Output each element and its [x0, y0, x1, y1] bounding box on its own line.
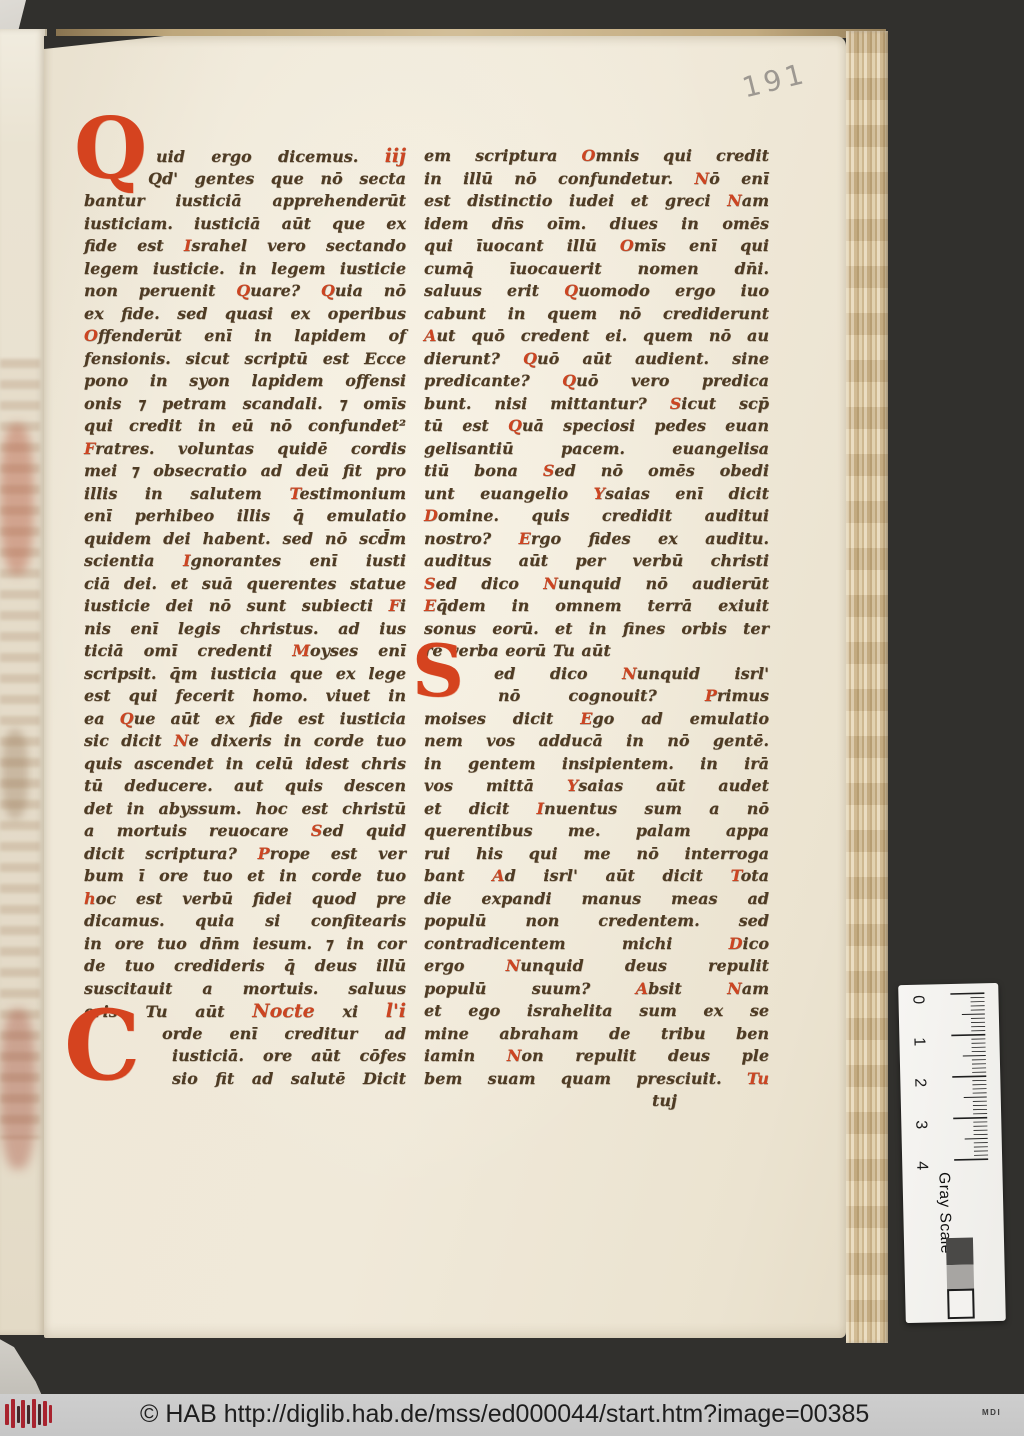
manuscript-text-line: nis enī legis christus. ad ius	[84, 618, 406, 641]
rubric-text: N	[543, 574, 558, 593]
logo-bar	[21, 1400, 25, 1428]
manuscript-text-line: det in abyssum. hoc est christū	[84, 798, 406, 821]
rubric-text: S	[424, 574, 436, 593]
manuscript-text-line: populū suum? Absit Nam	[424, 978, 769, 1001]
manuscript-text-line: fensionis. sicut scriptū est Ecce	[84, 348, 406, 371]
rubric-text: S	[670, 394, 682, 413]
manuscript-text-line: re verba eorū Tu aūt	[424, 640, 769, 663]
rubric-text: N	[622, 664, 637, 683]
manuscript-text-line: non peruenit Quare? Quia nō	[84, 280, 406, 303]
logo-bar	[11, 1399, 15, 1428]
manuscript-text-line: quidem dei habent. sed nō scd̄m	[84, 528, 406, 551]
rubric-text: Q	[321, 281, 335, 300]
manuscript-text-line: iusticie dei nō sunt subiecti Fi	[84, 595, 406, 618]
illuminated-initial: S	[412, 639, 464, 704]
rubric-text: N	[174, 731, 189, 750]
manuscript-text-line: bem suam quam presciuit. Tu	[424, 1068, 769, 1091]
manuscript-text-line: sic dicit Ne dixeris in corde tuo	[84, 730, 406, 753]
manuscript-text-line: tū est Quā speciosi pedes euan	[424, 415, 769, 438]
manuscript-text-line: auditus aūt per verbū christi	[424, 550, 769, 573]
manuscript-text-line: vos mittā Ysaias aūt audet	[424, 775, 769, 798]
showthrough-red-blob	[0, 424, 34, 574]
manuscript-text-line: in illū nō confundetur. Nō enī	[424, 168, 769, 191]
manuscript-text-line: pono in syon lapidem offensi	[84, 370, 406, 393]
manuscript-text-line: bunt. nisi mittantur? Sicut scp̄	[424, 393, 769, 416]
logo-bar	[17, 1406, 20, 1423]
manuscript-text-line: sonus eorū. et in fines orbis ter	[424, 618, 769, 641]
manuscript-left-column: uid ergo dicemus. iijQd' gentes que nō s…	[84, 145, 406, 1090]
manuscript-text-line: ticiā omī credenti Moyses enī	[84, 640, 406, 663]
rubric-text: P	[258, 844, 270, 863]
manuscript-text-line: Domine. quis credidit auditui	[424, 505, 769, 528]
manuscript-right-column: em scriptura Omnis qui creditin illū nō …	[424, 145, 769, 1113]
rubric-text: O	[84, 326, 98, 345]
manuscript-text-line: legem iusticie. in legem iusticie	[84, 258, 406, 281]
manuscript-text-line: Aut quō credent ei. quem nō au	[424, 325, 769, 348]
manuscript-text-line: quis ascendet in celū idest chris	[84, 753, 406, 776]
manuscript-scan-stage: 191 uid ergo dicemus. iijQd' gentes que …	[0, 0, 1024, 1436]
logo-bar	[49, 1405, 52, 1423]
manuscript-text-line: illis in salutem Testimonium	[84, 483, 406, 506]
rubric-text: Q	[508, 416, 522, 435]
rubric-text: Y	[567, 776, 578, 795]
rubric-text: Tu	[747, 1069, 769, 1088]
manuscript-text-line: scripsit. q̄m iusticia que ex lege	[84, 663, 406, 686]
rubric-text: Q	[523, 349, 537, 368]
manuscript-text-line: ea Que aūt ex fide est iusticia	[84, 708, 406, 731]
gray-scale-card: 01234 Gray Scale	[898, 983, 1006, 1323]
manuscript-text-line: idem dn̄s oīm. diues in omēs	[424, 213, 769, 236]
logo-bar	[27, 1405, 30, 1424]
rubric-text: F	[84, 439, 95, 458]
manuscript-text-line: tū deducere. aut quis descen	[84, 775, 406, 798]
manuscript-text-line: mine abraham de tribu ben	[424, 1023, 769, 1046]
rubric-text: A	[492, 866, 504, 885]
ruler-number: 2	[910, 1072, 928, 1094]
manuscript-text-line: dierunt? Quō aūt audient. sine	[424, 348, 769, 371]
rubric-text: E	[519, 529, 531, 548]
manuscript-text-line: contradicentem michi Dico	[424, 933, 769, 956]
manuscript-text-line: et ego israhelita sum ex se	[424, 1000, 769, 1023]
illuminated-initial: C	[64, 1003, 140, 1089]
rubric-text: A	[636, 979, 648, 998]
manuscript-text-line: gelisantiū pacem. euangelisa	[424, 438, 769, 461]
manuscript-text-line: tiū bona Sed nō omēs obedi	[424, 460, 769, 483]
ruler-number: 3	[911, 1113, 929, 1135]
manuscript-text-line: predicante? Quō vero predica	[424, 370, 769, 393]
manuscript-text-line: populū non credentem. sed	[424, 910, 769, 933]
manuscript-text-line: ciā dei. et suā querentes statue	[84, 573, 406, 596]
manuscript-text-line: scientia Ignorantes enī iusti	[84, 550, 406, 573]
logo-bar	[38, 1404, 41, 1425]
rubric-text: A	[424, 326, 436, 345]
manuscript-text-line: Sed dico Nunquid nō audierūt	[424, 573, 769, 596]
manuscript-text-line: ed dico Nunquid isrl'	[424, 663, 769, 686]
manuscript-text-line: dicamus. quia si confitearis	[84, 910, 406, 933]
manuscript-text-line: tuj	[424, 1090, 769, 1113]
ruler-numbers: 01234	[898, 983, 998, 985]
manuscript-text-line: ergo Nunquid deus repulit	[424, 955, 769, 978]
manuscript-text-line: dicit scriptura? Prope est ver	[84, 843, 406, 866]
manuscript-text-line: ex fide. sed quasi ex operibus	[84, 303, 406, 326]
rubric-text: Nocte	[252, 1000, 314, 1022]
manuscript-text-line: hoc est verbū fidei quod pre	[84, 888, 406, 911]
manuscript-text-line: in gentem insipientem. in irā	[424, 753, 769, 776]
rubric-text: F	[389, 596, 400, 615]
manuscript-text-line: cabunt in quem nō crediderunt	[424, 303, 769, 326]
library-logo-mark	[3, 1397, 53, 1433]
manuscript-text-line: a mortuis reuocare Sed quid	[84, 820, 406, 843]
ruler-ticks	[946, 991, 990, 1168]
gray-patch	[946, 1238, 974, 1266]
gray-patch	[947, 1265, 975, 1290]
rubric-text: S	[311, 821, 323, 840]
rubric-text: T	[289, 484, 299, 503]
manuscript-text-line: cumq̄ īuocauerit nomen dn̄i.	[424, 258, 769, 281]
previous-page-edge-strip	[0, 29, 47, 1335]
manuscript-text-line: Fratres. voluntas quidē cordis	[84, 438, 406, 461]
manuscript-text-line: Offenderūt enī in lapidem of	[84, 325, 406, 348]
logo-bar	[32, 1399, 36, 1428]
rubric-text: N	[694, 169, 709, 188]
rubric-text: O	[620, 236, 634, 255]
rubric-text: Y	[594, 484, 605, 503]
ruler-number: 0	[908, 989, 926, 1011]
rubric-text: T	[730, 866, 740, 885]
rubric-text: I	[537, 799, 544, 818]
rubric-text: N	[727, 191, 742, 210]
manuscript-text-line: die expandi manus meas ad	[424, 888, 769, 911]
manuscript-text-line: mei ⁊ obsecratio ad deū fit pro	[84, 460, 406, 483]
manuscript-text-line: iusticiam. iusticiā aūt que ex	[84, 213, 406, 236]
manuscript-text-line: nostro? Ergo fides ex auditu.	[424, 528, 769, 551]
manuscript-text-line: bant Ad isrl' aūt dicit Tota	[424, 865, 769, 888]
showthrough-brown-blob	[2, 729, 28, 819]
manuscript-text-line: qui īuocant illū Omīs enī qui	[424, 235, 769, 258]
ruler-number: 1	[909, 1030, 927, 1052]
manuscript-text-line: fide est Israhel vero sectando	[84, 235, 406, 258]
manuscript-text-line: em scriptura Omnis qui credit	[424, 145, 769, 168]
caption-bar: © HAB http://diglib.hab.de/mss/ed000044/…	[0, 1394, 1024, 1436]
rubric-text: M	[292, 641, 310, 660]
manuscript-text-line: bum ī ore tuo et in corde tuo	[84, 865, 406, 888]
manuscript-text-line: saluus erit Quomodo ergo iuo	[424, 280, 769, 303]
gray-patches	[946, 1238, 975, 1320]
producer-mark: MDI	[982, 1408, 1001, 1417]
rubric-text: P	[705, 686, 717, 705]
rubric-text: D	[424, 506, 438, 525]
manuscript-text-line: enī perhibeo illis q̄ emulatio	[84, 505, 406, 528]
manuscript-text-line: Eq̄dem in omnem terrā exiuit	[424, 595, 769, 618]
rubric-text: Q	[564, 281, 578, 300]
manuscript-text-line: nō cognouit? Primus	[424, 685, 769, 708]
copyright-caption: © HAB http://diglib.hab.de/mss/ed000044/…	[140, 1400, 869, 1429]
manuscript-text-line: et dicit Inuentus sum a nō	[424, 798, 769, 821]
manuscript-text-line: est distinctio iudei et greci Nam	[424, 190, 769, 213]
rubric-text: iij	[385, 145, 406, 167]
book-cover-corner-bottom-left	[0, 1330, 54, 1396]
manuscript-text-line: iamin Non repulit deus ple	[424, 1045, 769, 1068]
manuscript-text-line: rui his qui me nō interroga	[424, 843, 769, 866]
logo-bar	[43, 1401, 47, 1426]
gray-patch	[947, 1289, 975, 1320]
rubric-text: N	[506, 956, 521, 975]
manuscript-text-line: de tuo credideris q̄ deus illū	[84, 955, 406, 978]
rubric-text: l'i	[386, 1000, 406, 1022]
manuscript-text-line: est qui fecerit homo. viuet in	[84, 685, 406, 708]
rubric-text: O	[581, 146, 595, 165]
rubric-text: Q	[120, 709, 134, 728]
rubric-text: E	[424, 596, 436, 615]
manuscript-text-line: onis ⁊ petram scandali. ⁊ omīs	[84, 393, 406, 416]
rubric-text: N	[727, 979, 742, 998]
logo-bar	[5, 1404, 9, 1425]
manuscript-text-line: nem vos adducā in nō gentē.	[424, 730, 769, 753]
rubric-text: S	[543, 461, 555, 480]
rubric-text: Q	[236, 281, 250, 300]
manuscript-text-line: querentibus me. palam appa	[424, 820, 769, 843]
rubric-text: D	[729, 934, 743, 953]
rubric-text: Q	[562, 371, 576, 390]
ruler-number: 4	[912, 1154, 930, 1176]
manuscript-text-line: unt euangelio Ysaias enī dicit	[424, 483, 769, 506]
rubric-text: E	[580, 709, 592, 728]
showthrough-red-blob	[0, 1009, 36, 1169]
rubric-text: h	[84, 889, 96, 908]
manuscript-text-line: moises dicit Ego ad emulatio	[424, 708, 769, 731]
page-stack-fore-edge	[846, 31, 888, 1343]
manuscript-text-line: in ore tuo dn̄m iesum. ⁊ in cor	[84, 933, 406, 956]
manuscript-text-line: qui credit in eū nō confundet²	[84, 415, 406, 438]
illuminated-initial: Q	[74, 111, 147, 187]
rubric-text: N	[507, 1046, 522, 1065]
